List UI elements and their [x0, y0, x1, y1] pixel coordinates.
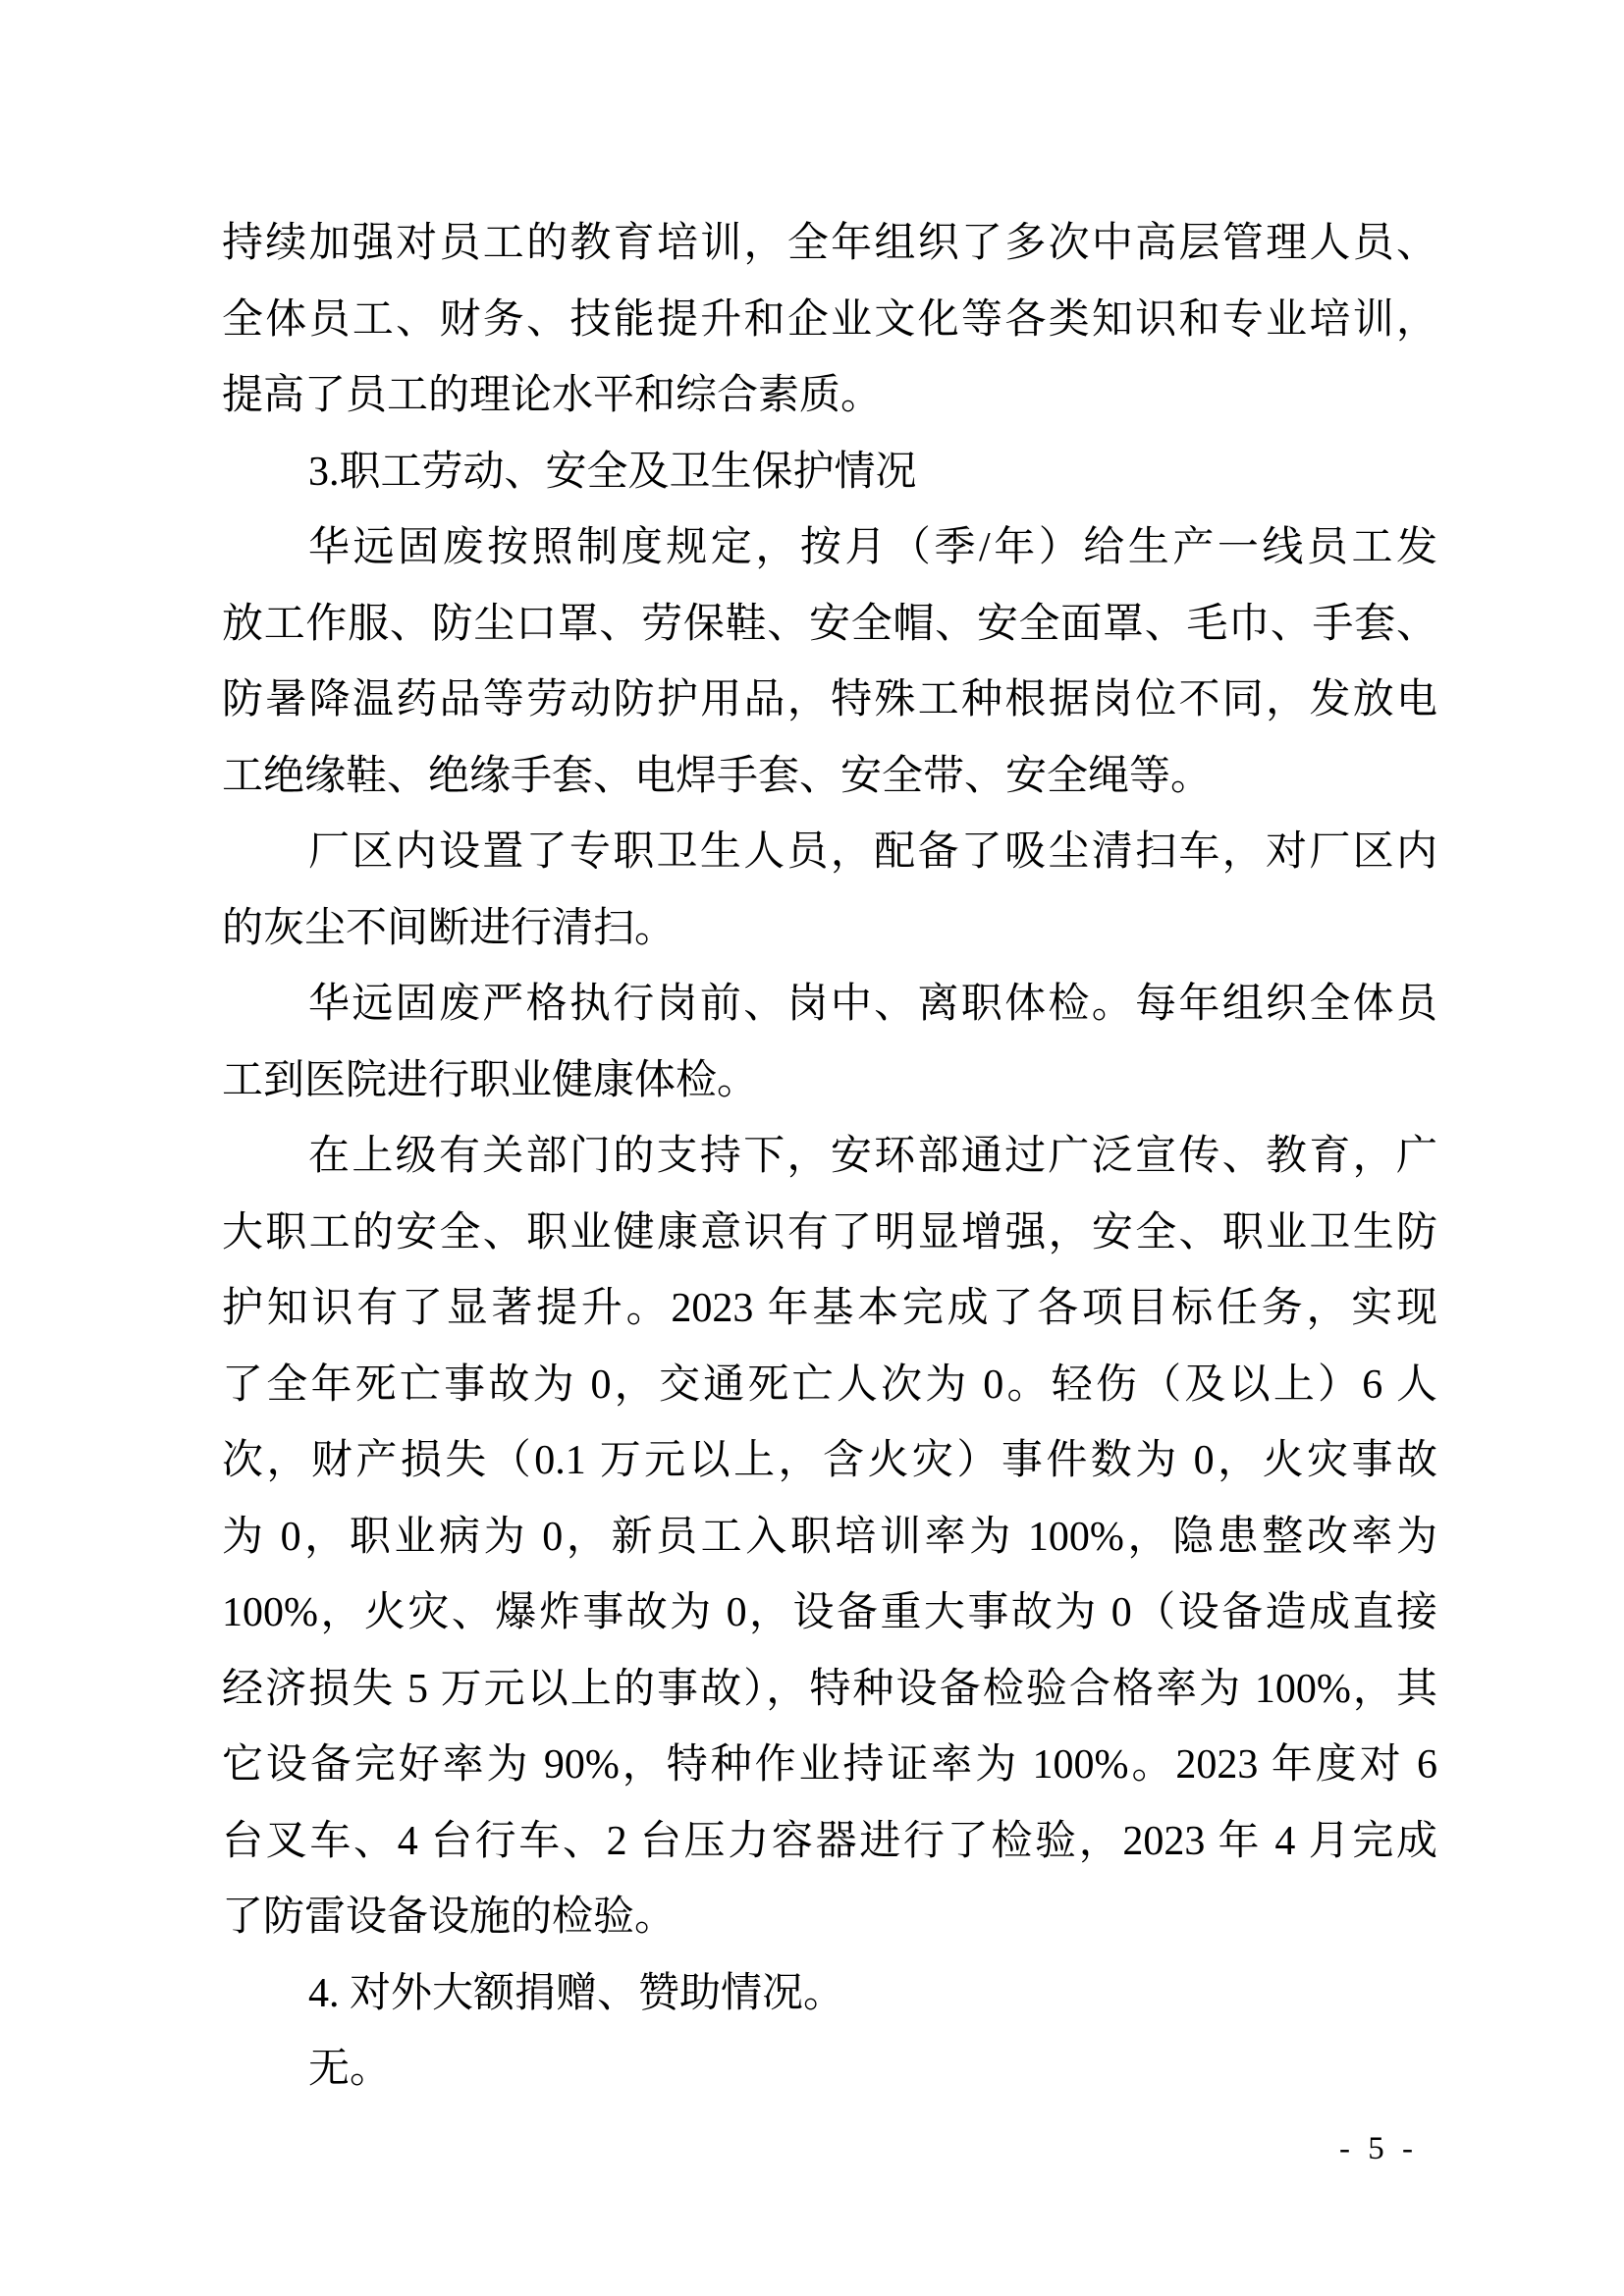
- text-line: 无。: [222, 2032, 1437, 2109]
- text-line: 华远固废按照制度规定，按月（季/年）给生产一线员工发: [222, 510, 1437, 587]
- page-number: - 5 -: [1339, 2129, 1418, 2168]
- text-line: 护知识有了显著提升。2023 年基本完成了各项目标任务，实现: [222, 1271, 1437, 1348]
- text-line: 工到医院进行职业健康体检。: [222, 1043, 1437, 1120]
- text-line: 经济损失 5 万元以上的事故），特种设备检验合格率为 100%，其: [222, 1652, 1437, 1729]
- text-line: 为 0，职业病为 0，新员工入职培训率为 100%，隐患整改率为: [222, 1500, 1437, 1576]
- text-line: 全体员工、财务、技能提升和企业文化等各类知识和专业培训，: [222, 283, 1437, 359]
- text-line: 在上级有关部门的支持下，安环部通过广泛宣传、教育，广: [222, 1119, 1437, 1196]
- text-line: 它设备完好率为 90%，特种作业持证率为 100%。2023 年度对 6: [222, 1728, 1437, 1804]
- text-line: 台叉车、4 台行车、2 台压力容器进行了检验，2023 年 4 月完成: [222, 1804, 1437, 1881]
- text-line: 了防雷设备设施的检验。: [222, 1880, 1437, 1956]
- text-line: 的灰尘不间断进行清扫。: [222, 891, 1437, 968]
- text-line: 大职工的安全、职业健康意识有了明显增强，安全、职业卫生防: [222, 1196, 1437, 1272]
- text-line: 防暑降温药品等劳动防护用品，特殊工种根据岗位不同，发放电: [222, 663, 1437, 739]
- text-line: 4. 对外大额捐赠、赞助情况。: [222, 1956, 1437, 2033]
- text-line: 持续加强对员工的教育培训，全年组织了多次中高层管理人员、: [222, 206, 1437, 283]
- document-body: 持续加强对员工的教育培训，全年组织了多次中高层管理人员、全体员工、财务、技能提升…: [222, 206, 1437, 2109]
- text-line: 次，财产损失（0.1 万元以上，含火灾）事件数为 0，火灾事故: [222, 1423, 1437, 1500]
- document-page: 持续加强对员工的教育培训，全年组织了多次中高层管理人员、全体员工、财务、技能提升…: [0, 0, 1624, 2296]
- text-line: 了全年死亡事故为 0，交通死亡人次为 0。轻伤（及以上）6 人: [222, 1348, 1437, 1424]
- text-line: 工绝缘鞋、绝缘手套、电焊手套、安全带、安全绳等。: [222, 739, 1437, 816]
- text-line: 提高了员工的理论水平和综合素质。: [222, 358, 1437, 435]
- text-line: 华远固废严格执行岗前、岗中、离职体检。每年组织全体员: [222, 967, 1437, 1043]
- text-line: 放工作服、防尘口罩、劳保鞋、安全帽、安全面罩、毛巾、手套、: [222, 587, 1437, 664]
- text-line: 3.职工劳动、安全及卫生保护情况: [222, 435, 1437, 511]
- text-line: 100%，火灾、爆炸事故为 0，设备重大事故为 0（设备造成直接: [222, 1575, 1437, 1652]
- text-line: 厂区内设置了专职卫生人员，配备了吸尘清扫车，对厂区内: [222, 815, 1437, 891]
